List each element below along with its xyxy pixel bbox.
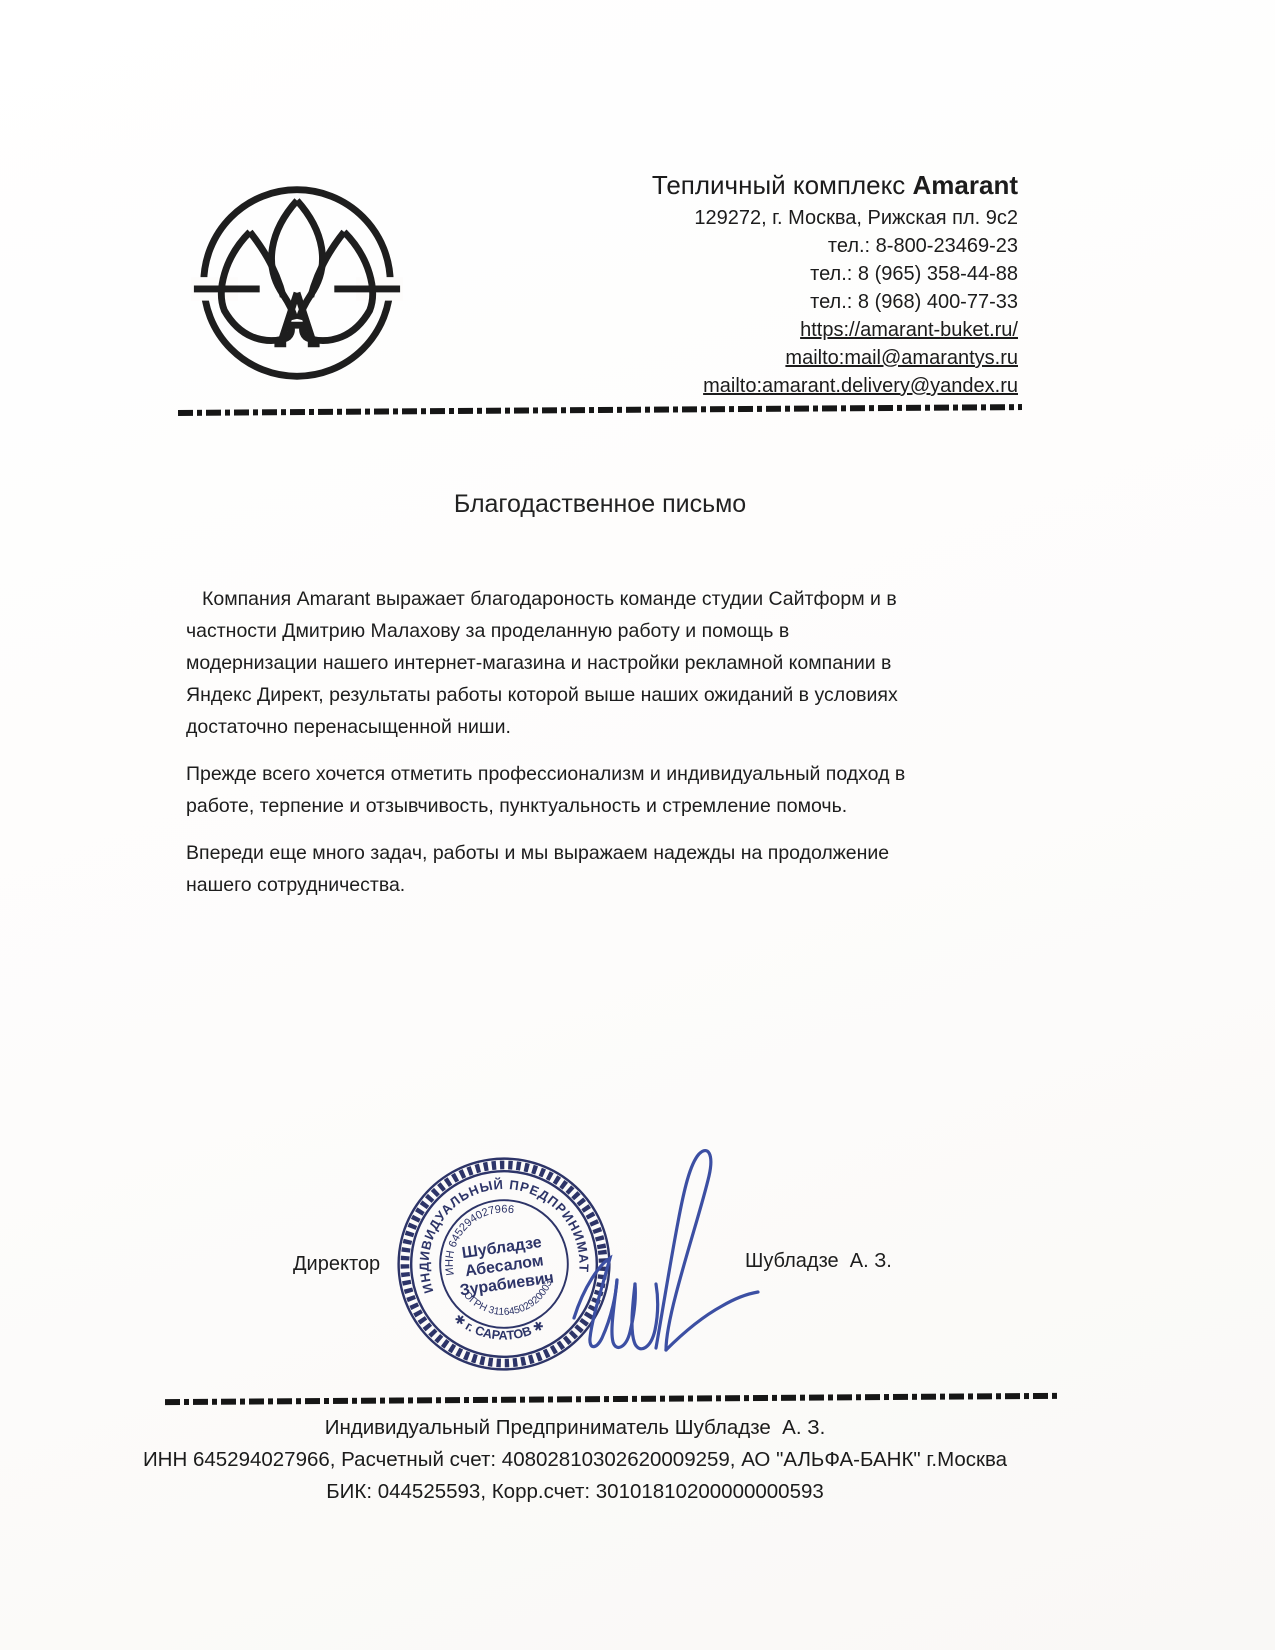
- dashed-divider-bottom: [165, 1393, 1057, 1405]
- phone-line: тел.: 8-800-23469-23: [652, 232, 1018, 260]
- company-address: 129272, г. Москва, Рижская пл. 9с2: [652, 204, 1018, 232]
- paragraph: Прежде всего хочется отметить профессион…: [186, 758, 914, 822]
- phone-line: тел.: 8 (965) 358-44-88: [652, 260, 1018, 288]
- dashed-divider-top: [178, 404, 1022, 416]
- email-link-secondary[interactable]: mailto:amarant.delivery@yandex.ru: [652, 372, 1018, 400]
- paragraph: Компания Amarant выражает благодароность…: [186, 583, 914, 743]
- footer-requisites: Индивидуальный Предприниматель Шубладзе …: [0, 1412, 1150, 1508]
- footer-entrepreneur-line: Индивидуальный Предприниматель Шубладзе …: [0, 1412, 1150, 1444]
- letter-title: Благодаственное письмо: [180, 490, 1020, 519]
- phone-line: тел.: 8 (968) 400-77-33: [652, 288, 1018, 316]
- letter-body: Компания Amarant выражает благодароность…: [186, 583, 914, 916]
- company-header: Тепличный комплекс Amarant 129272, г. Мо…: [652, 166, 1018, 400]
- footer-bank-line: ИНН 645294027966, Расчетный счет: 408028…: [0, 1444, 1150, 1476]
- handwritten-signature: [560, 1118, 770, 1368]
- website-link[interactable]: https://amarant-buket.ru/: [652, 316, 1018, 344]
- company-title: Тепличный комплекс Amarant: [652, 166, 1018, 204]
- scanned-letter-page: Тепличный комплекс Amarant 129272, г. Мо…: [0, 0, 1275, 1650]
- amarant-lotus-logo-icon: [189, 175, 405, 391]
- company-name: Amarant: [913, 170, 1018, 200]
- paragraph: Впереди еще много задач, работы и мы выр…: [186, 837, 914, 901]
- email-link[interactable]: mailto:mail@amarantys.ru: [652, 344, 1018, 372]
- company-prefix: Тепличный комплекс: [652, 170, 913, 200]
- footer-bik-line: БИК: 044525593, Корр.счет: 3010181020000…: [0, 1476, 1150, 1508]
- director-label: Директор: [293, 1253, 380, 1276]
